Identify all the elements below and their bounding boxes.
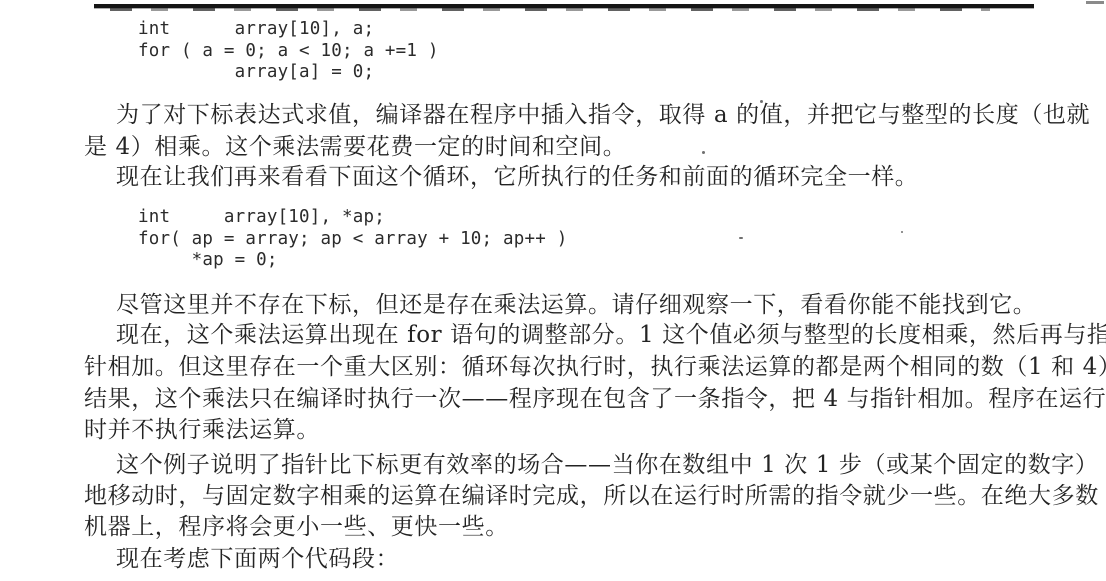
body-line: 现在，这个乘法运算出现在 for 语句的调整部分。1 这个值必须与整型的长度相乘…	[116, 321, 1106, 350]
body-line: 时并不执行乘法运算。	[84, 416, 320, 445]
code-line: for ( a = 0; a < 10; a +=1 )	[138, 41, 439, 63]
scan-speck	[739, 237, 743, 239]
code-block-subscript-loop: int array[10], a; for ( a = 0; a < 10; a…	[138, 19, 439, 84]
body-line: 结果，这个乘法只在编译时执行一次——程序现在包含了一条指令，把 4 与指针相加。…	[84, 385, 1106, 414]
scanned-book-page: int array[10], a; for ( a = 0; a < 10; a…	[0, 0, 1106, 581]
code-line: array[a] = 0;	[138, 62, 439, 84]
page-top-rule-fragments	[110, 8, 990, 11]
body-line: 为了对下标表达式求值，编译器在程序中插入指令，取得 a 的值，并把它与整型的长度…	[116, 101, 1090, 130]
scan-speck	[702, 151, 705, 154]
body-line: 是 4）相乘。这个乘法需要花费一定的时间和空间。	[84, 133, 626, 162]
code-line: for( ap = array; ap < array + 10; ap++ )	[138, 229, 567, 251]
code-line: int array[10], *ap;	[138, 207, 567, 229]
body-line: 尽管这里并不存在下标，但还是存在乘法运算。请仔细观察一下，看看你能不能找到它。	[116, 291, 1036, 320]
body-line: 现在考虑下面两个代码段：	[116, 545, 399, 574]
code-line: int array[10], a;	[138, 19, 439, 41]
scan-speck	[901, 231, 903, 233]
code-block-pointer-loop: int array[10], *ap; for( ap = array; ap …	[138, 207, 567, 272]
body-line: 现在让我们再来看看下面这个循环，它所执行的任务和前面的循环完全一样。	[116, 163, 918, 192]
code-line: *ap = 0;	[138, 250, 567, 272]
body-line: 地移动时，与固定数字相乘的运算在编译时完成，所以在运行时所需的指令就少一些。在绝…	[84, 482, 1099, 511]
body-line: 这个例子说明了指针比下标更有效率的场合——当你在数组中 1 次 1 步（或某个固…	[116, 451, 1099, 480]
body-line: 针相加。但这里存在一个重大区别：循环每次执行时，执行乘法运算的都是两个相同的数（…	[84, 353, 1106, 382]
scan-corner-mark	[1086, 1, 1104, 4]
scan-speck	[760, 100, 763, 103]
body-line: 机器上，程序将会更小一些、更快一些。	[84, 513, 509, 542]
